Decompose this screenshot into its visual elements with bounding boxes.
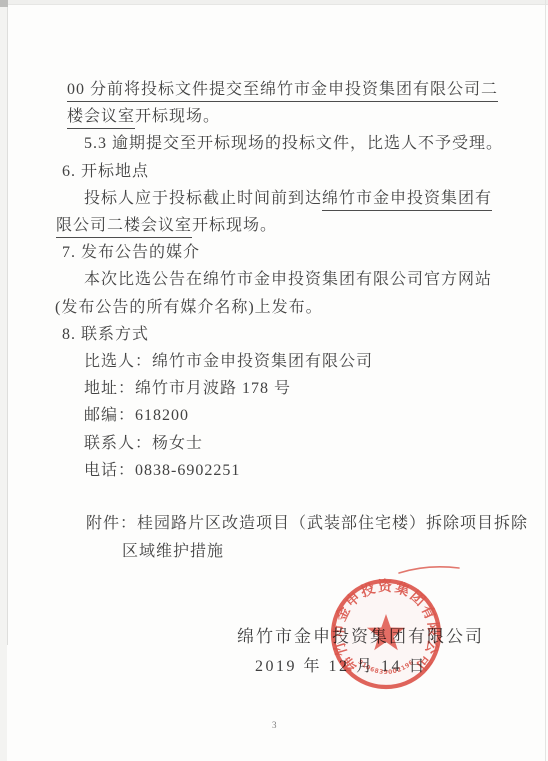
text-segment: 区域维护措施: [122, 542, 224, 562]
text-segment: 7. 发布公告的媒介: [62, 243, 200, 263]
underlined-text-segment: 限公司二楼会议室: [56, 216, 192, 238]
document-text-line: 8. 联系方式: [62, 325, 149, 345]
document-text-line: 楼会议室开标现场。: [67, 107, 220, 129]
text-segment: (发布公告的所有媒介名称)上发布。: [55, 298, 323, 318]
underlined-text-segment: 绵竹市金申投资集团有: [322, 189, 492, 211]
document-text-line: 6. 开标地点: [62, 162, 149, 182]
text-segment: 5.3 逾期提交至开标现场的投标文件，比选人不予受理。: [84, 134, 503, 154]
scanned-document-page: 00 分前将投标文件提交至绵竹市金申投资集团有限公司二楼会议室开标现场。5.3 …: [0, 0, 548, 761]
document-text-line: 限公司二楼会议室开标现场。: [56, 216, 277, 238]
company-seal: 绵竹市金申投资集团有限公司 5106839002196: [326, 574, 446, 694]
document-text-line: 附件：桂园路片区改造项目（武装部住宅楼）拆除项目拆除: [86, 514, 528, 534]
scan-edge-left-strip: [0, 0, 7, 761]
text-segment: 8. 联系方式: [62, 325, 149, 345]
document-text-line: 邮编：618200: [84, 406, 189, 426]
document-text-line: 本次比选公告在绵竹市金申投资集团有限公司官方网站: [84, 270, 492, 290]
text-segment: 电话：0838-6902251: [84, 461, 240, 481]
document-text-line: 电话：0838-6902251: [84, 461, 240, 481]
document-text-line: 区域维护措施: [122, 542, 224, 562]
text-segment: 投标人应于投标截止时间前到达: [84, 189, 322, 209]
document-text-line: 联系人：杨女士: [84, 434, 203, 454]
document-text-line: (发布公告的所有媒介名称)上发布。: [55, 298, 323, 318]
text-segment: 附件：桂园路片区改造项目（武装部住宅楼）拆除项目拆除: [86, 514, 528, 534]
document-text-line: 7. 发布公告的媒介: [62, 243, 200, 263]
document-text-line: 地址：绵竹市月波路 178 号: [84, 379, 291, 399]
scan-edge-left-line: [7, 0, 8, 645]
scan-edge-top-line: [0, 4, 548, 5]
text-segment: 开标现场。: [135, 107, 220, 127]
underlined-text-segment: 00 分前将投标文件提交至绵竹市金申投资集团有限公司二: [67, 80, 498, 102]
underlined-text-segment: 楼会议室: [67, 107, 135, 129]
scan-edge-right-line: [545, 0, 546, 761]
text-segment: 邮编：618200: [84, 406, 189, 426]
text-segment: 开标现场。: [192, 216, 277, 236]
text-segment: 联系人：杨女士: [84, 434, 203, 454]
scan-corner-artifact: [0, 0, 8, 7]
document-text-line: 00 分前将投标文件提交至绵竹市金申投资集团有限公司二: [67, 80, 498, 102]
document-text-line: 投标人应于投标截止时间前到达绵竹市金申投资集团有: [84, 189, 492, 211]
document-text-line: 5.3 逾期提交至开标现场的投标文件，比选人不予受理。: [84, 134, 503, 154]
text-segment: 地址：绵竹市月波路 178 号: [84, 379, 291, 399]
text-segment: 6. 开标地点: [62, 162, 149, 182]
text-segment: 本次比选公告在绵竹市金申投资集团有限公司官方网站: [84, 270, 492, 290]
text-segment: 比选人：绵竹市金申投资集团有限公司: [84, 352, 373, 372]
page-number: 3: [272, 720, 277, 730]
document-text-line: 比选人：绵竹市金申投资集团有限公司: [84, 352, 373, 372]
